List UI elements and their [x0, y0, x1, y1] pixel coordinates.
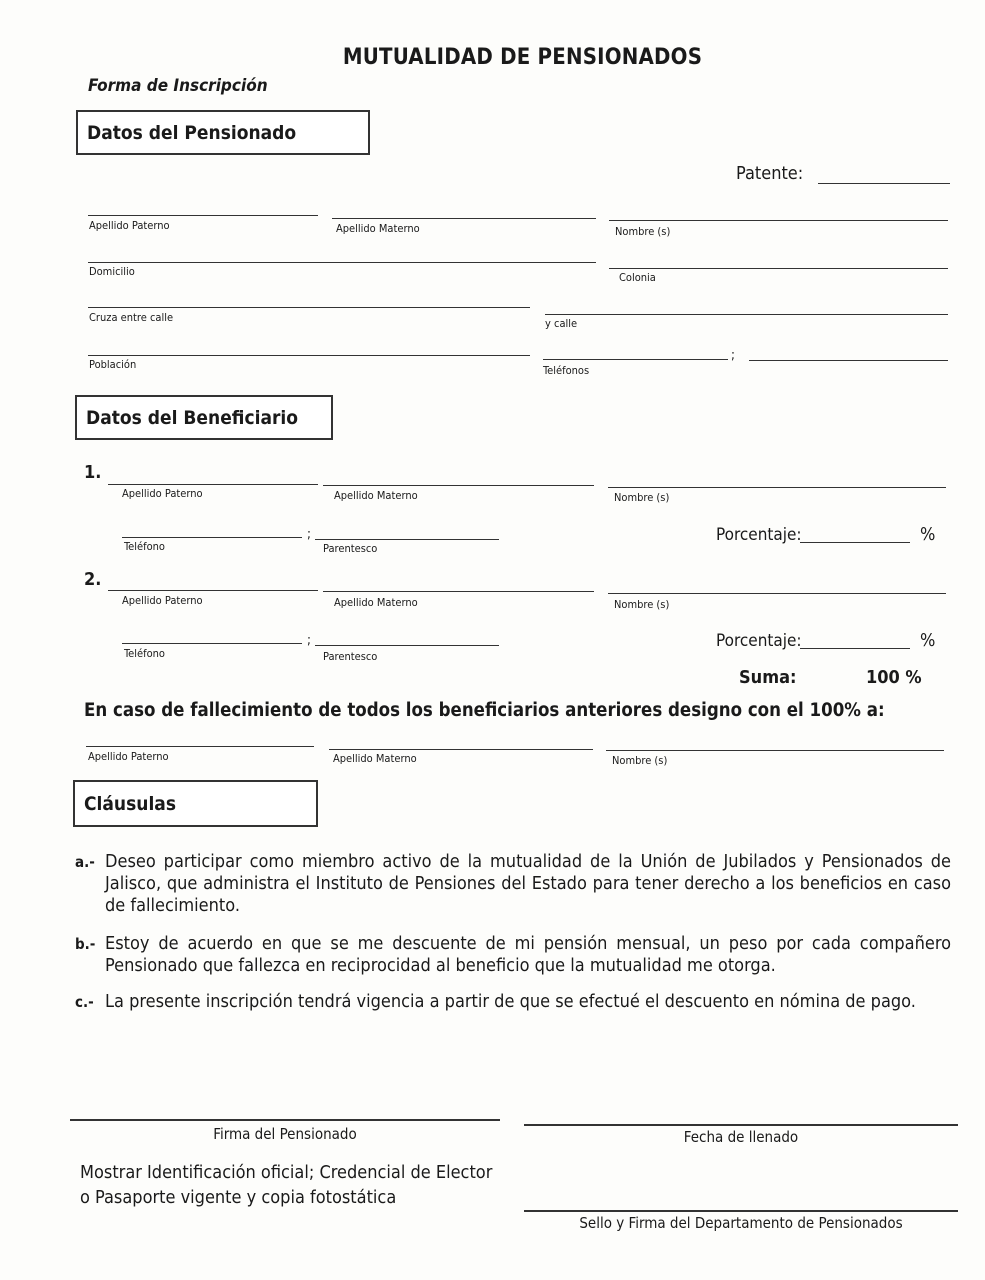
label-telefonos: Teléfonos: [543, 364, 589, 377]
beneficiario-1-porcentaje-field[interactable]: [800, 542, 910, 543]
section-datos-beneficiario: Datos del Beneficiario: [75, 395, 333, 440]
beneficiario-2-number: 2.: [84, 569, 101, 590]
label-apellido-materno: Apellido Materno: [334, 596, 418, 609]
clause-text: Estoy de acuerdo en que se me descuente …: [105, 933, 951, 977]
clause-text: La presente inscripción tendrá vigencia …: [105, 991, 951, 1013]
label-nombre: Nombre (s): [614, 491, 669, 504]
porcentaje-label: Porcentaje:: [716, 525, 802, 545]
clause-text: Deseo participar como miembro activo de …: [105, 851, 951, 917]
label-apellido-paterno: Apellido Paterno: [89, 219, 170, 232]
percent-sign: %: [920, 524, 935, 545]
label-nombre: Nombre (s): [614, 598, 669, 611]
clause-c: c.- La presente inscripción tendrá vigen…: [75, 991, 951, 1013]
section-datos-pensionado: Datos del Pensionado: [76, 110, 370, 155]
section-title: Datos del Beneficiario: [86, 407, 298, 429]
porcentaje-label: Porcentaje:: [716, 631, 802, 651]
label-firma-pensionado: Firma del Pensionado: [70, 1125, 500, 1143]
section-title: Cláusulas: [84, 793, 176, 815]
label-telefono: Teléfono: [124, 647, 165, 660]
poblacion-field[interactable]: [88, 355, 530, 356]
clause-letter: a.-: [75, 851, 95, 873]
label-parentesco: Parentesco: [323, 542, 377, 555]
label-parentesco: Parentesco: [323, 650, 377, 663]
designado-nombre-field[interactable]: [606, 750, 944, 751]
label-telefono: Teléfono: [124, 540, 165, 553]
beneficiario-2-parentesco-field[interactable]: [315, 645, 499, 646]
cruza-entre-calle-field[interactable]: [88, 307, 530, 308]
suma-label: Suma:: [739, 667, 796, 688]
beneficiario-1-number: 1.: [84, 462, 101, 483]
sello-firma-field[interactable]: [524, 1210, 958, 1212]
beneficiario-1-parentesco-field[interactable]: [315, 539, 499, 540]
label-domicilio: Domicilio: [89, 265, 135, 278]
suma-value: 100 %: [866, 667, 922, 688]
label-apellido-paterno: Apellido Paterno: [122, 487, 203, 500]
clause-b: b.- Estoy de acuerdo en que se me descue…: [75, 933, 951, 977]
identification-note: Mostrar Identificación oficial; Credenci…: [80, 1160, 500, 1210]
telefono-2-field[interactable]: [749, 360, 948, 361]
label-y-calle: y calle: [545, 317, 577, 330]
label-nombre: Nombre (s): [615, 225, 670, 238]
firma-pensionado-field[interactable]: [70, 1119, 500, 1121]
label-cruza-entre-calle: Cruza entre calle: [89, 311, 173, 324]
telefono-1-field[interactable]: [543, 359, 728, 360]
label-apellido-paterno: Apellido Paterno: [88, 750, 169, 763]
label-poblacion: Población: [89, 358, 136, 371]
label-sello-firma: Sello y Firma del Departamento de Pensio…: [524, 1214, 958, 1232]
telefonos-separator: ;: [731, 348, 735, 363]
beneficiario-1-telefono-field[interactable]: [122, 537, 302, 538]
pensionado-apellido-paterno-field[interactable]: [88, 215, 318, 216]
label-apellido-paterno: Apellido Paterno: [122, 594, 203, 607]
beneficiario-2-telefono-field[interactable]: [122, 643, 302, 644]
separator: ;: [307, 633, 311, 648]
beneficiario-1-apellido-materno-field[interactable]: [323, 485, 594, 486]
label-apellido-materno: Apellido Materno: [334, 489, 418, 502]
beneficiario-2-apellido-materno-field[interactable]: [323, 591, 594, 592]
label-fecha-llenado: Fecha de llenado: [524, 1128, 958, 1146]
section-title: Datos del Pensionado: [87, 122, 296, 144]
form-subtitle: Forma de Inscripción: [88, 76, 268, 96]
designado-apellido-materno-field[interactable]: [329, 749, 593, 750]
domicilio-field[interactable]: [88, 262, 596, 263]
clause-a: a.- Deseo participar como miembro activo…: [75, 851, 951, 917]
y-calle-field[interactable]: [545, 314, 948, 315]
fallecimiento-heading: En caso de fallecimiento de todos los be…: [84, 700, 885, 721]
beneficiario-2-apellido-paterno-field[interactable]: [108, 590, 318, 591]
label-nombre: Nombre (s): [612, 754, 667, 767]
beneficiario-2-nombre-field[interactable]: [608, 593, 946, 594]
patente-field[interactable]: [818, 183, 950, 184]
beneficiario-1-apellido-paterno-field[interactable]: [108, 484, 318, 485]
colonia-field[interactable]: [609, 268, 948, 269]
percent-sign: %: [920, 630, 935, 651]
patente-label: Patente:: [736, 163, 803, 184]
designado-apellido-paterno-field[interactable]: [86, 746, 314, 747]
clause-letter: b.-: [75, 933, 95, 955]
beneficiario-1-nombre-field[interactable]: [608, 487, 946, 488]
label-apellido-materno: Apellido Materno: [336, 222, 420, 235]
beneficiario-2-porcentaje-field[interactable]: [800, 648, 910, 649]
label-apellido-materno: Apellido Materno: [333, 752, 417, 765]
fecha-llenado-field[interactable]: [524, 1124, 958, 1126]
document-title: MUTUALIDAD DE PENSIONADOS: [0, 45, 985, 70]
clause-letter: c.-: [75, 991, 94, 1013]
section-clausulas: Cláusulas: [73, 780, 318, 827]
pensionado-apellido-materno-field[interactable]: [332, 218, 596, 219]
separator: ;: [307, 527, 311, 542]
pensionado-nombre-field[interactable]: [609, 220, 948, 221]
label-colonia: Colonia: [619, 271, 656, 284]
